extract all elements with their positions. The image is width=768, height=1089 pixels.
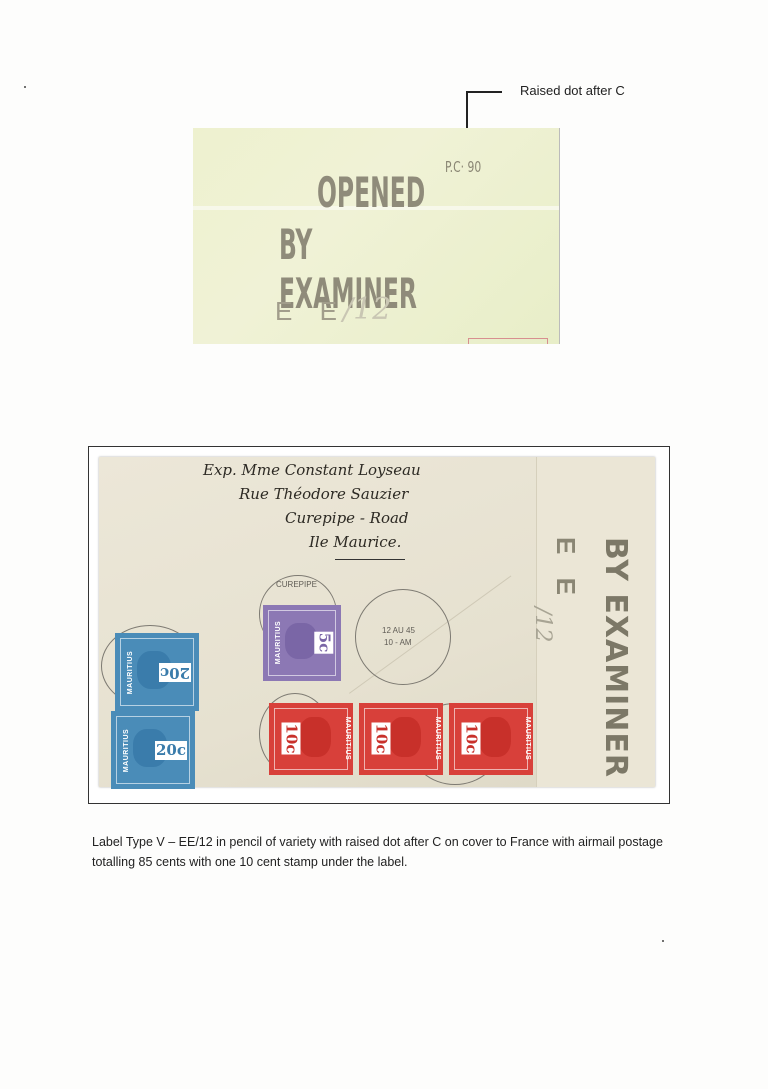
king-portrait [285,623,317,659]
censor-examiner-stamp: E E [550,537,581,603]
examiner-pencil-number: /12 [343,292,391,327]
label-line-opened: OPENED [317,168,425,217]
underline [335,559,405,560]
annotation-text: Raised dot after C [520,83,625,98]
sender-line-3: Curepipe - Road [285,509,409,527]
sender-line-1: Exp. Mme Constant Loyseau [203,461,421,479]
stamp-10c: 10c MAURITIUS [359,703,443,775]
postmark-gpo: 12 AU 45 10 - AM [355,589,451,685]
king-portrait [479,717,511,757]
censor-label-fragment: P.C· 90 OPENED BY EXAMINER E E /12 [193,128,560,344]
pointer-line [466,91,502,93]
censor-by-examiner: BY EXAMINER [598,537,633,778]
censor-examiner-pencil: /12 [530,607,555,642]
stamp-20c: 20c MAURITIUS [111,711,195,789]
sender-line-4: Ile Maurice. [309,533,401,551]
king-portrait [299,717,331,757]
stamp-edge [468,338,548,344]
label-code: P.C· 90 [445,158,481,176]
stamp-20c: 20c MAURITIUS [115,633,199,711]
censor-label: BY EXAMINER E E /12 [536,457,655,787]
stamp-10c: 10c MAURITIUS [269,703,353,775]
king-portrait [389,717,421,757]
envelope-back: Exp. Mme Constant Loyseau Rue Théodore S… [99,457,655,787]
cover-image-frame: Exp. Mme Constant Loyseau Rue Théodore S… [88,446,670,804]
stamp-10c: 10c MAURITIUS [449,703,533,775]
stamp-5c: 5c MAURITIUS [263,605,341,681]
speck [24,86,26,88]
caption: Label Type V – EE/12 in pencil of variet… [92,832,692,872]
sender-line-2: Rue Théodore Sauzier [239,485,408,503]
speck [662,940,664,942]
examiner-stamp: E E [275,296,347,327]
